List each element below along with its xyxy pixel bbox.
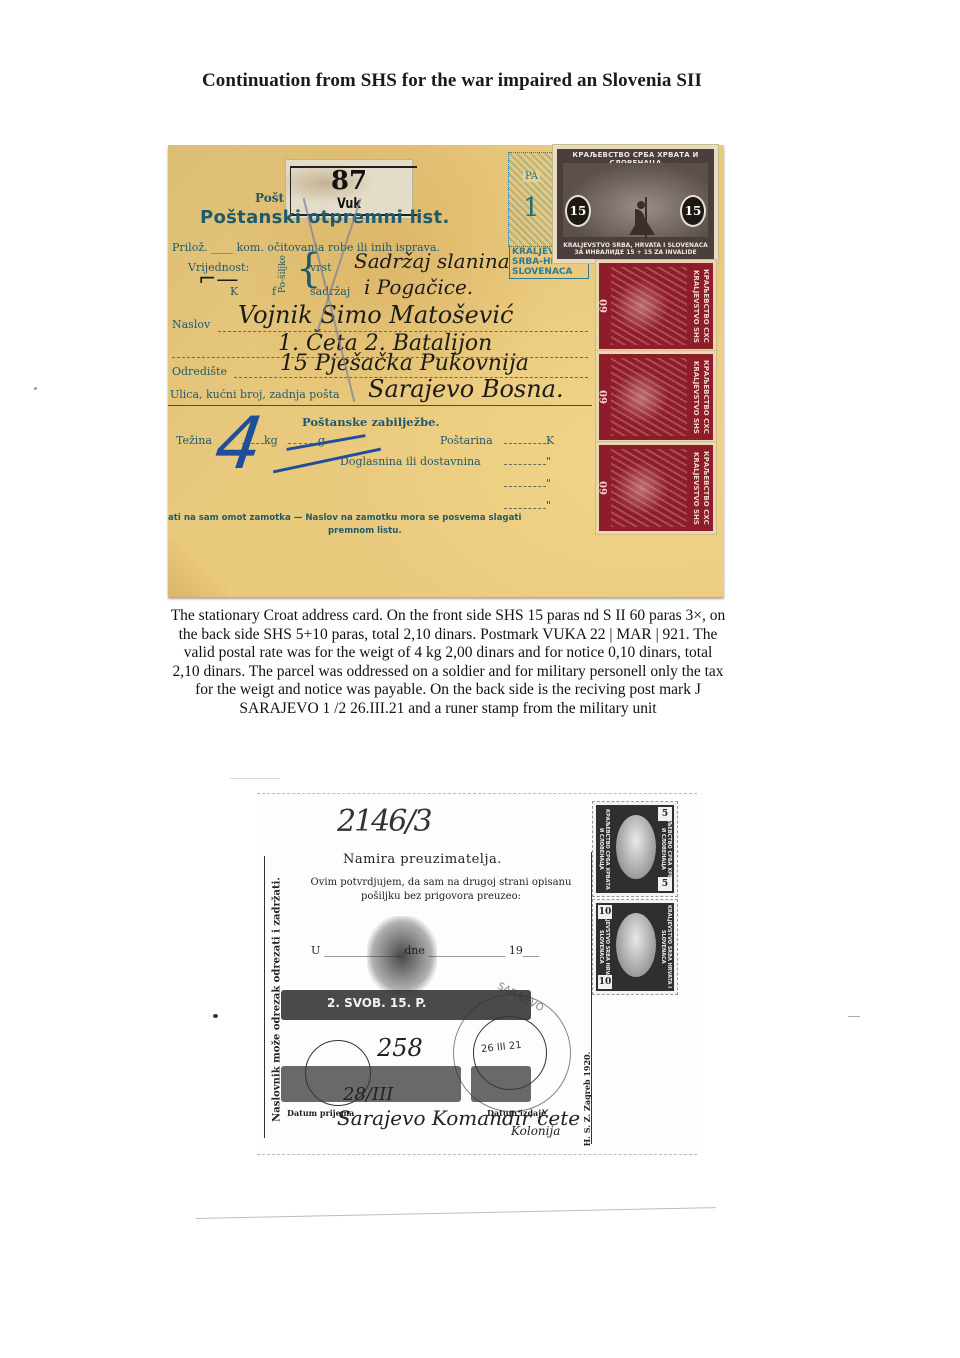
speck	[213, 1014, 218, 1018]
receipt-title: Namira preuzimatelja.	[343, 852, 502, 867]
printer-imprint: H. S. Z. Zagreb 1920.	[582, 1049, 592, 1149]
stamp-value-right: 15	[680, 195, 706, 227]
stamp-value-left: 15	[565, 195, 591, 227]
posta-label: Pošt	[255, 191, 284, 205]
handwritten-serial: 2146/3	[337, 804, 431, 839]
stamp-design	[611, 267, 687, 345]
stamp-60-para: 60 КРАЉЕВСТВО СХС KRALJEVSTVO SHS	[596, 260, 716, 352]
stamp-bottom-text: KRALJEVSTVO SRBA, HRVATA I SLOVENACA ЗА …	[561, 242, 710, 256]
speck	[848, 1016, 860, 1017]
handwritten-city: Sarajevo Bosna.	[368, 375, 564, 403]
stamp-value: 5	[658, 877, 672, 891]
stamp-design	[611, 449, 687, 527]
handwritten-contents-type: Sadržaj slanina	[354, 249, 510, 273]
indicium-value: 1	[523, 193, 540, 223]
naslov-label: Naslov	[172, 318, 210, 331]
stamp-5-para: КРАЉЕВСТВО СРБА ХРВАТА И СЛОВЕНАЦА КРАЉЕ…	[593, 802, 677, 896]
stamp-text: КРАЉЕВСТВО СХС KRALJEVSTVO SHS	[689, 449, 711, 527]
soldier-icon	[625, 195, 661, 241]
extra-fee-line: "	[504, 477, 551, 490]
zabiljezbe-heading: Poštanske zabilježbe.	[302, 415, 440, 429]
runner-number: 258	[377, 1034, 423, 1062]
stamp-text: КРАЉЕВСТВО СХС KRALJEVSTVO SHS	[689, 267, 711, 345]
scan-edge	[230, 778, 280, 779]
postarina-unit: K	[504, 434, 554, 447]
indicium-label: PA	[523, 171, 540, 182]
description-caption: The stationary Croat address card. On th…	[170, 607, 726, 719]
stamp-value: 60	[599, 267, 611, 345]
king-portrait	[616, 913, 656, 977]
stamp-60-para: 60 КРАЉЕВСТВО СХС KRALJEVSTVO SHS	[596, 442, 716, 534]
receipt-text: Ovim potvrdjujem, da sam na drugoj stran…	[291, 876, 591, 904]
handwritten-weight: 4	[211, 407, 267, 479]
handwritten-destination: 15 Pješačka Pukovnija	[280, 351, 529, 376]
tezina-label: Težina	[176, 434, 212, 447]
footer-note-2: premnom listu.	[328, 526, 402, 536]
stationery-indicium: PA 1	[508, 152, 554, 247]
stamp-value: 10	[598, 905, 612, 919]
stamp-value: 5	[658, 807, 672, 821]
doglasnina-value: "	[504, 455, 551, 468]
king-portrait	[616, 815, 656, 879]
stamp-value: 60	[599, 358, 611, 436]
runner-stamp-text: 2. SVOB. 15. P.	[327, 996, 426, 1010]
odrediste-label: Odredište	[172, 365, 227, 378]
f-label: f	[272, 285, 276, 298]
separator-line	[196, 1207, 716, 1219]
handwritten-address-1: Vojnik Simo Matošević	[238, 301, 513, 329]
front-address-card: Pošt 87 Vuk Poštanski otpremni list. Pri…	[168, 145, 724, 597]
registration-number: 87	[286, 166, 412, 196]
stamp-text: КРАЉЕВСТВО СРБА ХРВАТА И СЛОВЕНАЦА	[598, 807, 610, 891]
speck	[34, 387, 37, 390]
footer-note-1: ati na sam omot zamotka — Naslov na zamo…	[168, 513, 521, 523]
handwritten-signature-2: Kolonija	[511, 1124, 560, 1138]
back-receipt-card: 2146/3 Naslovnik može odrezak odrezati i…	[257, 793, 697, 1155]
ulica-label: Ulica, kućni broj, zadnja pošta	[170, 388, 340, 401]
posiljke-label: Po-šiljke	[278, 255, 292, 293]
doglasnina-label: Doglasnina ili dostavnina	[340, 455, 481, 468]
stamp-design	[611, 358, 687, 436]
stamp-text: KRALJEVSTVO SRBA HRVATA I SLOVENACA	[660, 905, 672, 989]
handwritten-dash: ⌐—	[198, 267, 238, 292]
handwritten-contents: i Pogačice.	[364, 275, 473, 299]
extra-fee-line: "	[504, 499, 551, 512]
cut-line	[264, 856, 265, 1138]
form-title: Poštanski otpremni list.	[200, 207, 450, 228]
stamp-10-para: KRALJEVSTVO SRBA HRVATA I SLOVENACA KRAL…	[593, 900, 677, 994]
card-fold	[168, 537, 228, 597]
postarina-label: Poštarina	[440, 434, 493, 447]
stamp-value: 10	[598, 975, 612, 989]
stamp-text: КРАЉЕВСТВО СХС KRALJEVSTVO SHS	[689, 358, 711, 436]
place-date-line: U ______________ dne ______________ 19__…	[311, 944, 539, 957]
stamp-value: 60	[599, 449, 611, 527]
stamp-15-para-invalids: КРАЉЕВСТВО СРБА ХРВАТА И СЛОВЕНАЦА 15 15…	[553, 145, 718, 263]
stamp-60-para: 60 КРАЉЕВСТВО СХС KRALJEVSTVO SHS	[596, 351, 716, 443]
handwritten-date: 28/III	[343, 1084, 393, 1105]
page-title: Continuation from SHS for the war impair…	[0, 70, 904, 92]
